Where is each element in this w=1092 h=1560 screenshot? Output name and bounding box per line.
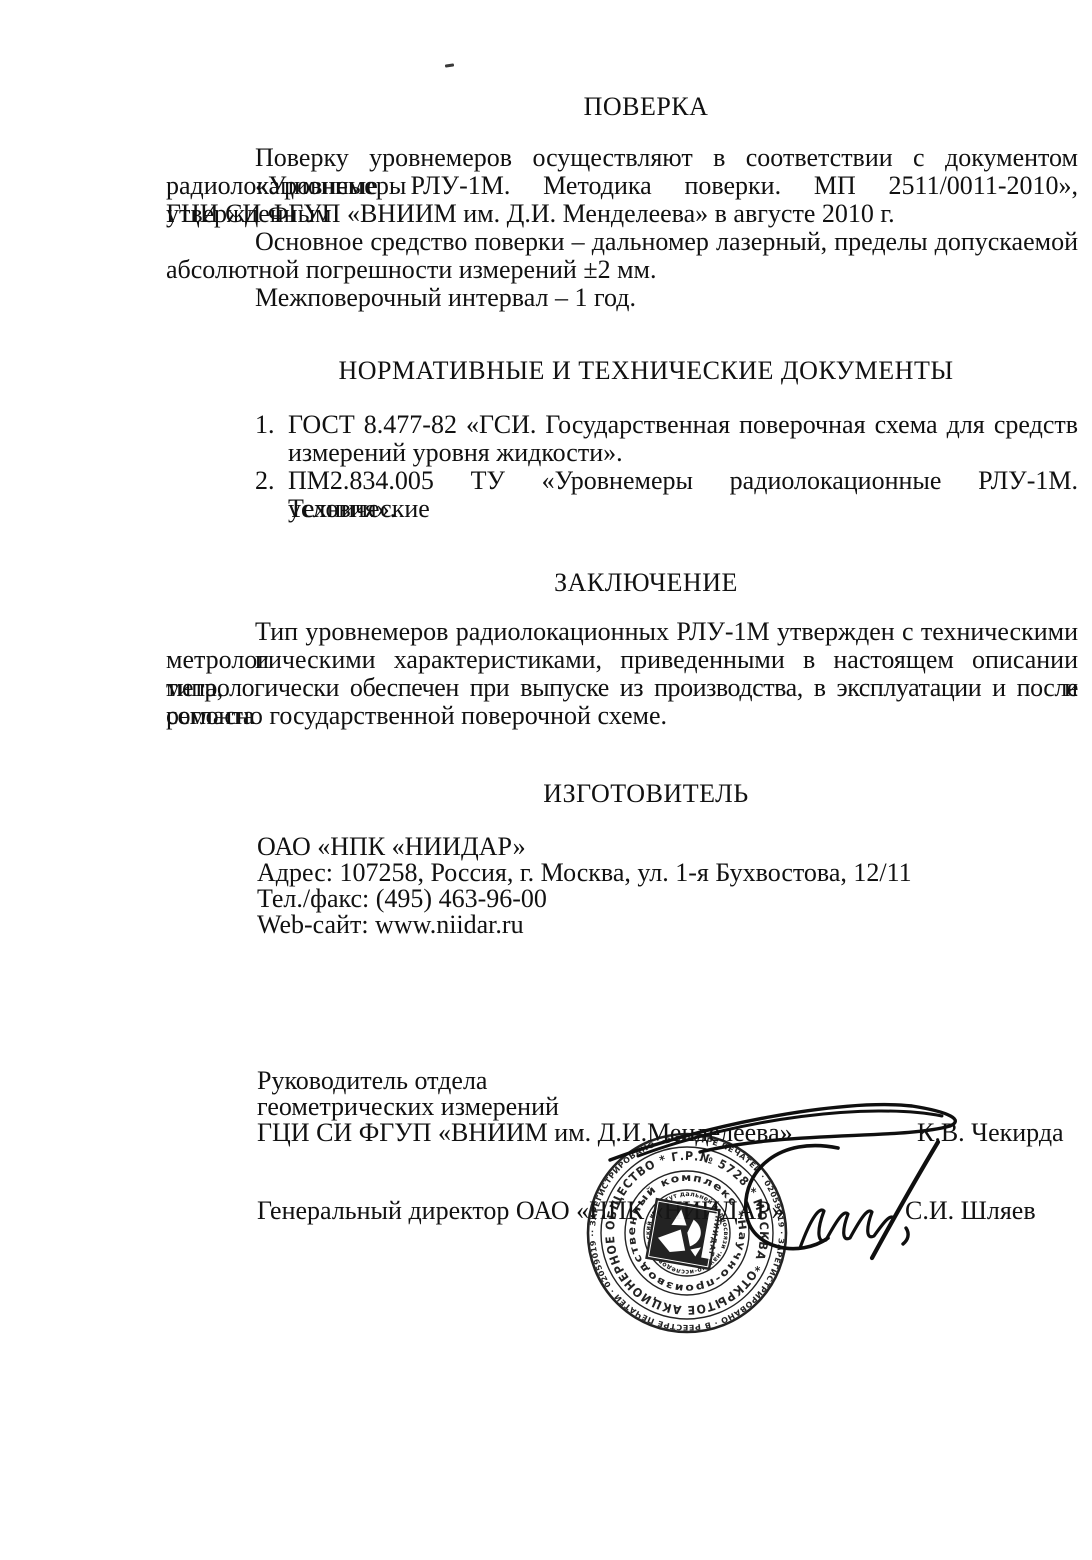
section-title-conclusion: ЗАКЛЮЧЕНИЕ (190, 568, 1092, 598)
list-item-line: 1.ГОСТ 8.477-82 «ГСИ. Государственная по… (166, 411, 1078, 439)
paragraph-line: согласно государственной поверочной схем… (166, 702, 1078, 730)
signature-shlyaev (746, 1142, 938, 1258)
list-item-text: ГОСТ 8.477-82 «ГСИ. Государственная пове… (288, 410, 1078, 439)
list-item-text: условия». (288, 494, 396, 523)
document-page: ПОВЕРКА Поверку уровнемеров осуществляют… (0, 0, 1092, 1560)
list-item-line: условия». (166, 495, 1078, 523)
section-title-verification: ПОВЕРКА (190, 92, 1092, 122)
paragraph-line: ГЦИ СИ ФГУП «ВНИИМ им. Д.И. Менделеева» … (166, 200, 1078, 228)
list-item-line: измерений уровня жидкости». (166, 439, 1078, 467)
manufacturer-address: Адрес: 107258, Россия, г. Москва, ул. 1-… (257, 860, 912, 886)
conclusion-paragraph: Тип уровнемеров радиолокационных РЛУ-1М … (166, 618, 1078, 730)
list-item-text: измерений уровня жидкости». (288, 438, 623, 467)
paragraph-line: абсолютной погрешности измерений ±2 мм. (166, 256, 1078, 284)
paragraph-line: Межповерочный интервал – 1 год. (166, 284, 1078, 312)
paragraph-line: Поверку уровнемеров осуществляют в соотв… (166, 144, 1078, 172)
signatures-overlay (560, 1090, 1006, 1286)
manufacturer-phone: Тел./факс: (495) 463-96-00 (257, 886, 912, 912)
normative-list: 1.ГОСТ 8.477-82 «ГСИ. Государственная по… (166, 411, 1078, 523)
manufacturer-company: ОАО «НПК «НИИДАР» (257, 834, 912, 860)
list-item-number: 2. (255, 467, 275, 495)
paragraph-line: метрологическими характеристиками, приве… (166, 646, 1078, 674)
paragraph-line: метрологически обеспечен при выпуске из … (166, 674, 1078, 702)
section-title-normative: НОРМАТИВНЫЕ И ТЕХНИЧЕСКИЕ ДОКУМЕНТЫ (190, 356, 1092, 386)
list-item-line: 2.ПМ2.834.005 ТУ «Уровнемеры радиолокаци… (166, 467, 1078, 495)
manufacturer-block: ОАО «НПК «НИИДАР» Адрес: 107258, Россия,… (257, 834, 912, 938)
paragraph-line: Тип уровнемеров радиолокационных РЛУ-1М … (166, 618, 1078, 646)
list-item-number: 1. (255, 411, 275, 439)
paragraph-line: Основное средство поверки – дальномер ла… (166, 228, 1078, 256)
section-title-manufacturer: ИЗГОТОВИТЕЛЬ (190, 779, 1092, 809)
scan-artifact-dash (445, 63, 454, 67)
manufacturer-website: Web-сайт: www.niidar.ru (257, 912, 912, 938)
paragraph-line: радиолокационные РЛУ-1М. Методика поверк… (166, 172, 1078, 200)
verification-paragraphs: Поверку уровнемеров осуществляют в соотв… (166, 144, 1078, 312)
